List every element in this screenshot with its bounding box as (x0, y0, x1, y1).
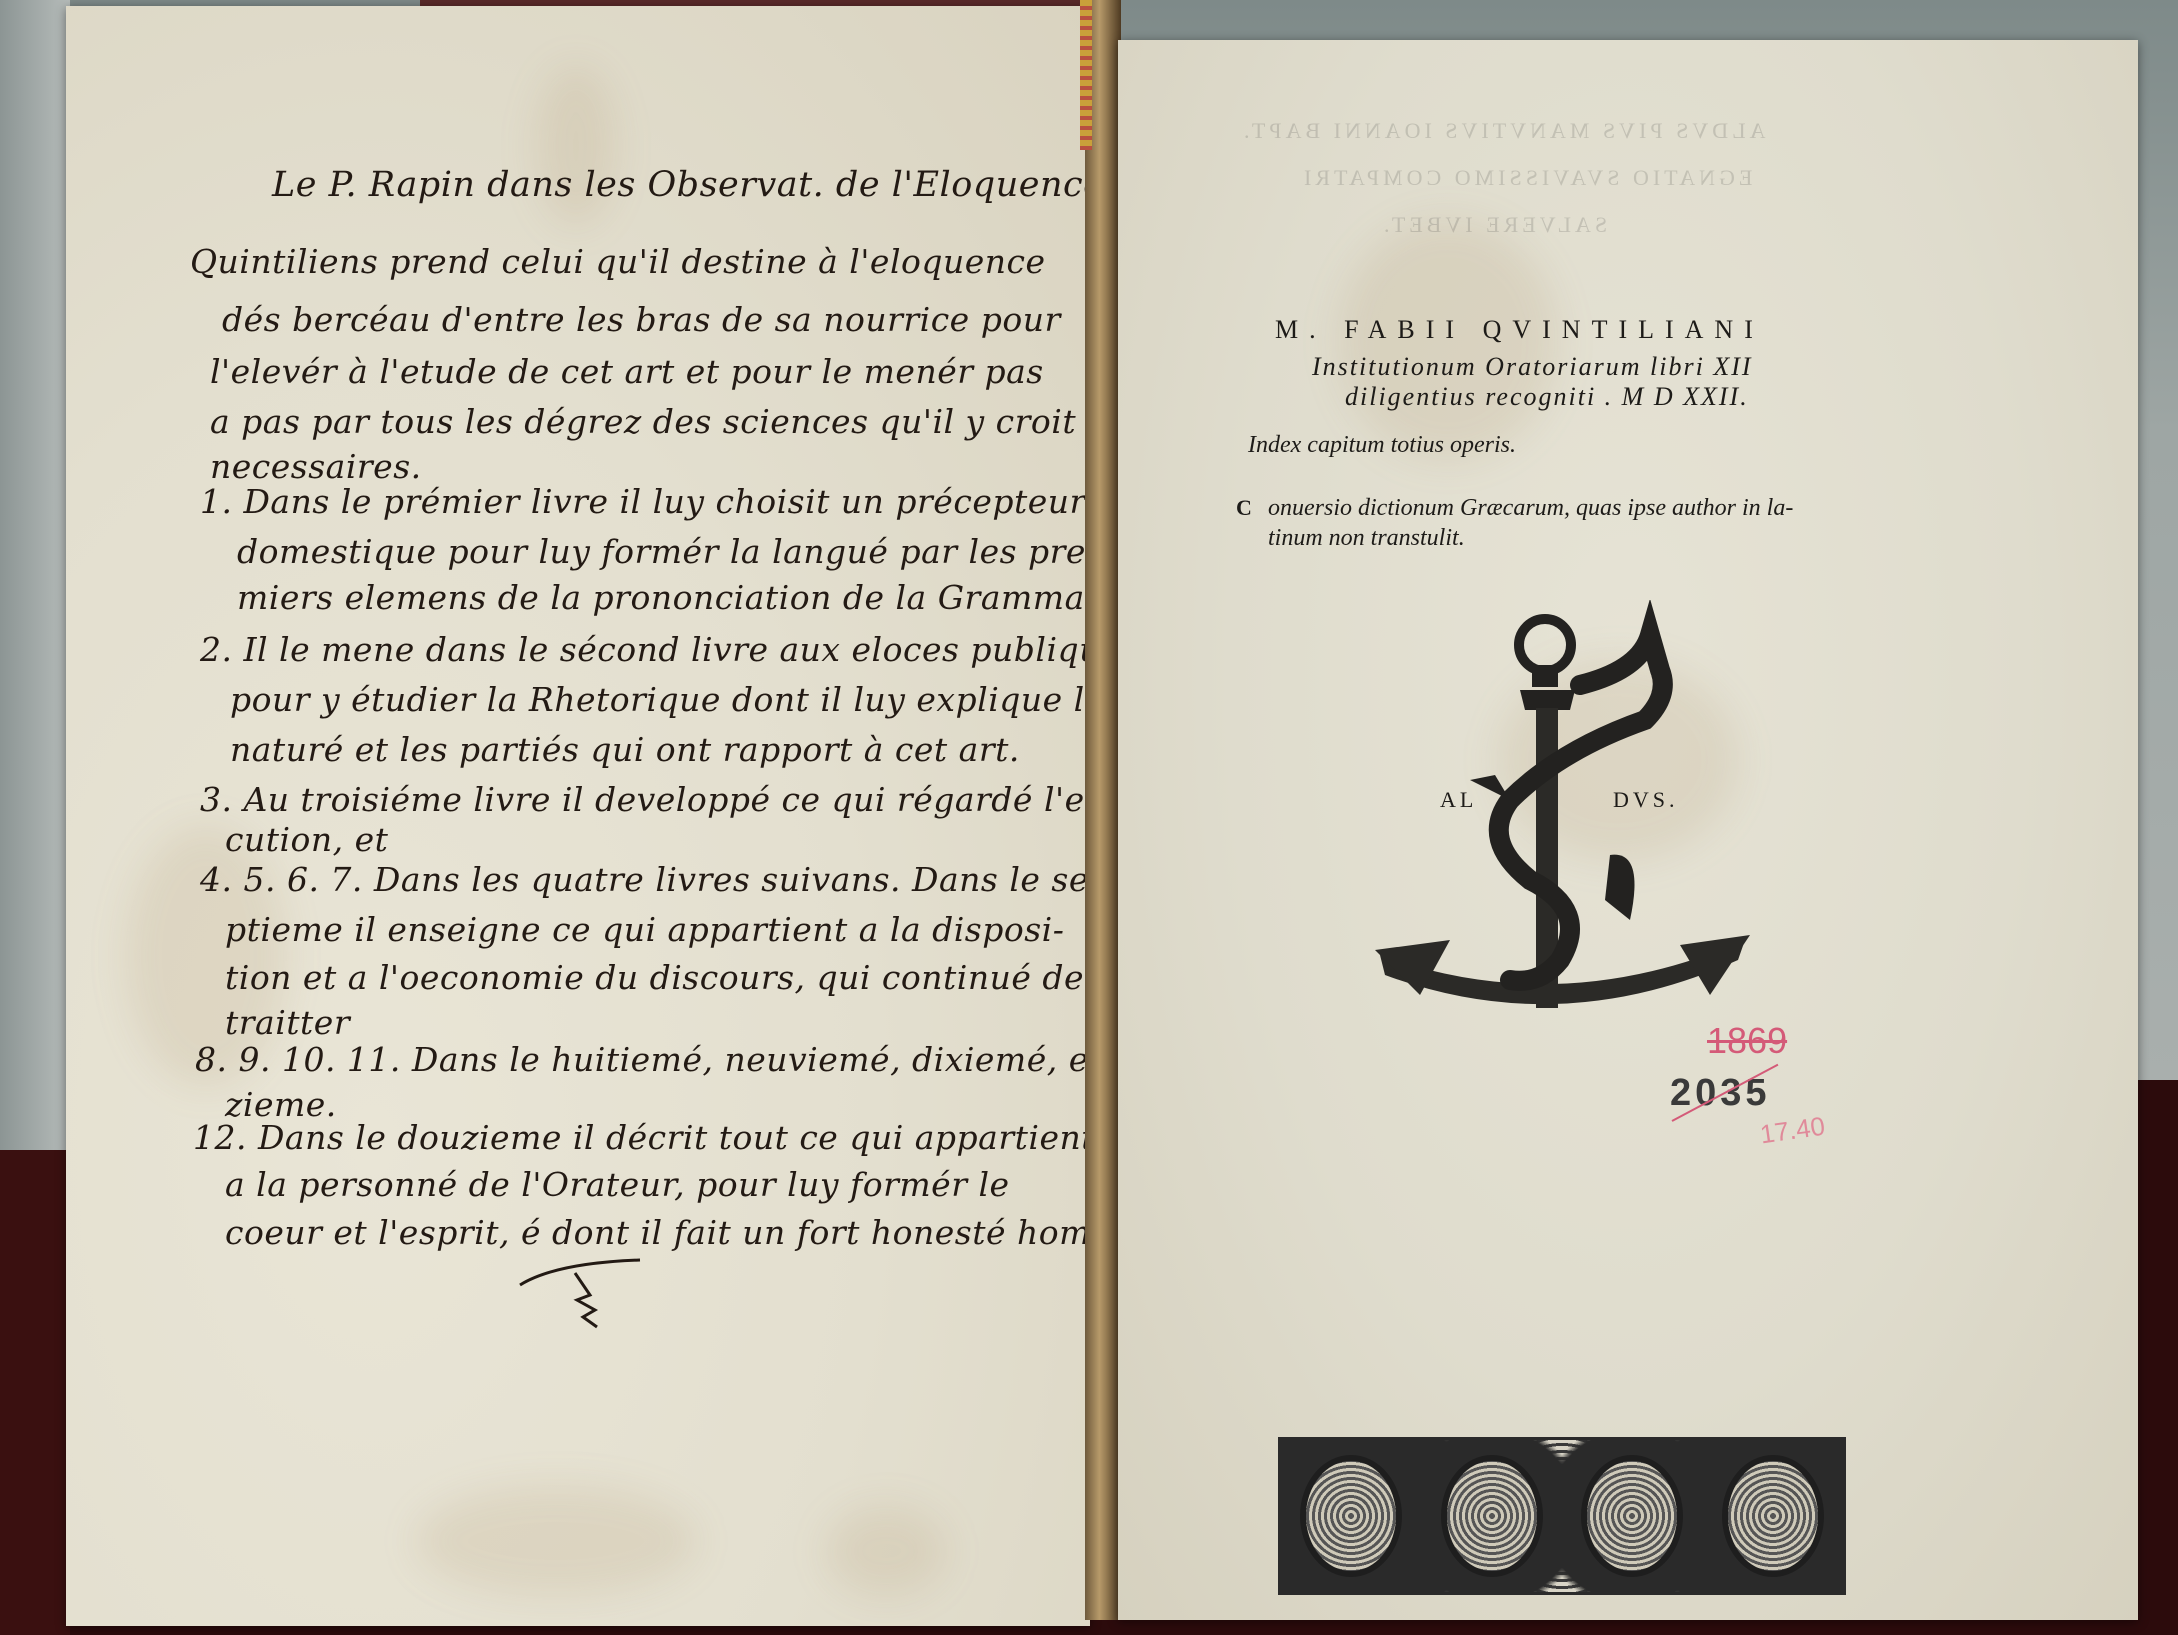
manuscript-line: 12. Dans le douzieme il décrit tout ce q… (193, 1118, 1095, 1157)
rosette-icon (1441, 1455, 1543, 1577)
manuscript-line: 4. 5. 6. 7. Dans les quatre livres suiva… (200, 860, 1117, 899)
manuscript-heading: Le P. Rapin dans les Observat. de l'Eloq… (272, 165, 1116, 205)
contents-initial: C (1236, 495, 1252, 521)
contents-greek: onuersio dictionum Græcarum, quas ipse a… (1268, 495, 1793, 522)
manuscript-line: 1. Dans le prémier livre il luy choisit … (200, 482, 1086, 521)
manuscript-line: tion et a l'oeconomie du discours, qui c… (225, 958, 1084, 997)
manuscript-line: miers elemens de la prononciation de la … (237, 578, 1143, 617)
show-through-text: SALVERE IVBET. (1380, 212, 1607, 238)
manuscript-line: traitter (225, 1003, 350, 1042)
show-through-text: EGNATIO SVAVISSIMO COMPATRI (1300, 165, 1752, 191)
headband-thread (1080, 0, 1092, 150)
device-label-left: AL (1440, 787, 1477, 813)
manuscript-line: 3. Au troisiéme livre il developpé ce qu… (200, 780, 1128, 819)
manuscript-line: Quintiliens prend celui qu'il destine à … (190, 242, 1046, 281)
manuscript-line: coeur et l'esprit, é dont il fait un for… (225, 1213, 1154, 1252)
rosette-icon (1300, 1455, 1402, 1577)
manuscript-line: 8. 9. 10. 11. Dans le huitiemé, neuviemé… (195, 1040, 1184, 1079)
rosette-icon (1722, 1455, 1824, 1577)
manuscript-line: ptieme il enseigne ce qui appartient a l… (225, 910, 1064, 949)
show-through-text: ALDVS PIVS MANVTIVS IOANNI BAPT. (1240, 118, 1765, 144)
anchor-dolphin-icon (1360, 600, 1760, 1040)
manuscript-line: l'elevér à l'etude de cet art et pour le… (210, 352, 1044, 391)
title-work: Institutionum Oratoriarum libri XII (1312, 352, 1753, 382)
manuscript-line: a pas par tous les dégrez des sciences q… (210, 402, 1076, 441)
woodcut-ornamental-border-icon (1278, 1437, 1846, 1595)
manuscript-line: cution, et (225, 820, 388, 859)
shelfmark-red-struck: 1869 (1707, 1020, 1787, 1062)
paraph-flourish-icon (515, 1255, 655, 1335)
contents-greek-cont: tinum non transtulit. (1268, 525, 1465, 552)
book-spine-gutter (1085, 0, 1121, 1620)
rosette-icon (1581, 1455, 1683, 1577)
contents-index: Index capitum totius operis. (1248, 432, 1516, 459)
title-date: diligentius recogniti . M D XXII. (1345, 382, 1749, 412)
foxing-stain (416, 1486, 696, 1596)
background-left-edge-lower (0, 1150, 70, 1635)
device-label-right: DVS. (1613, 787, 1679, 813)
manuscript-line: domestique pour luy formér la langué par… (237, 532, 1098, 571)
manuscript-line: necessaires. (210, 447, 422, 486)
manuscript-line: a la personné de l'Orateur, pour luy for… (225, 1165, 1010, 1204)
manuscript-line: naturé et les partiés qui ont rapport à … (230, 730, 1020, 769)
manuscript-line: pour y étudier la Rhetorique dont il luy… (230, 680, 1105, 719)
foxing-stain (826, 1506, 946, 1596)
title-author: M. FABII QVINTILIANI (1275, 315, 1764, 345)
manuscript-line: 2. Il le mene dans le sécond livre aux e… (200, 630, 1138, 669)
manuscript-line: dés bercéau d'entre les bras de sa nourr… (222, 300, 1061, 339)
